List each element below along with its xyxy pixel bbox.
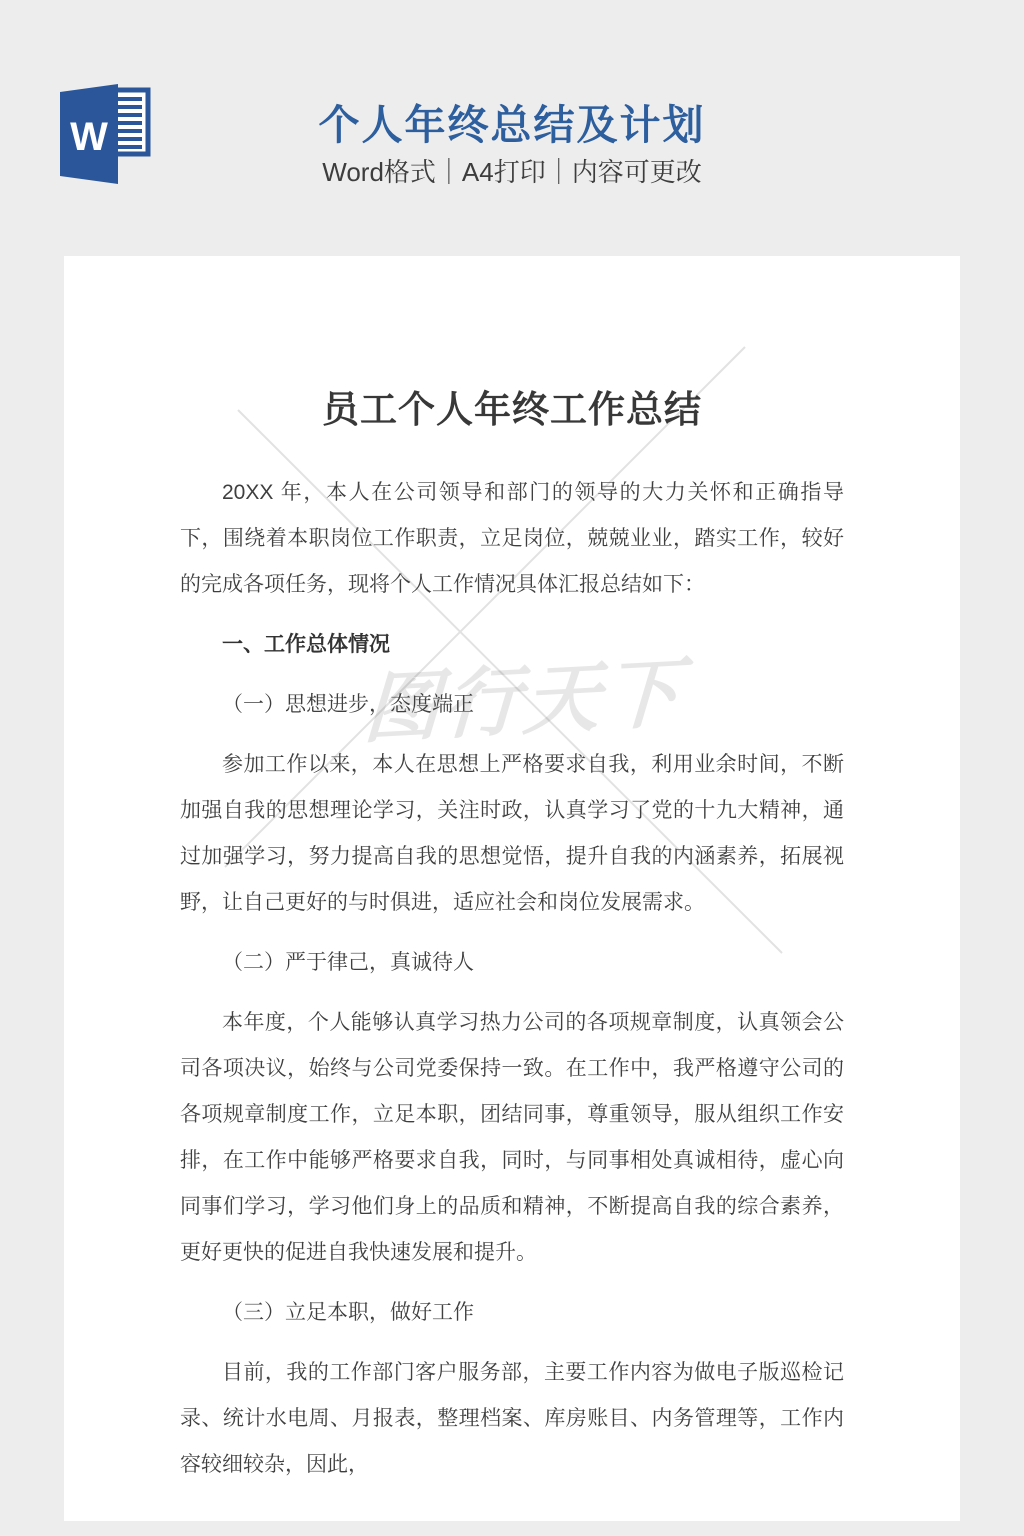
document-content: 员工个人年终工作总结 20XX 年，本人在公司领导和部门的领导的大力关怀和正确指… <box>64 256 960 1488</box>
template-title: 个人年终总结及计划 <box>0 92 1024 151</box>
template-subtitle: Word格式｜A4打印｜内容可更改 <box>0 152 1024 189</box>
section-heading-1: 一、工作总体情况 <box>180 622 844 668</box>
paragraph: 参加工作以来，本人在思想上严格要求自我，利用业余时间，不断加强自我的思想理论学习… <box>180 742 844 926</box>
document-page: 图行天下 员工个人年终工作总结 20XX 年，本人在公司领导和部门的领导的大力关… <box>64 256 960 1521</box>
sub-heading-3: （三）立足本职，做好工作 <box>180 1290 844 1336</box>
document-title: 员工个人年终工作总结 <box>180 388 844 432</box>
paragraph: 目前，我的工作部门客户服务部，主要工作内容为做电子版巡检记录、统计水电周、月报表… <box>180 1350 844 1488</box>
paragraph: 本年度，个人能够认真学习热力公司的各项规章制度，认真领会公司各项决议，始终与公司… <box>180 1000 844 1276</box>
sub-heading-2: （二）严于律己，真诚待人 <box>180 940 844 986</box>
template-header: W 个人年终总结及计划 Word格式｜A4打印｜内容可更改 <box>0 0 1024 256</box>
sub-heading-1: （一）思想进步，态度端正 <box>180 682 844 728</box>
paragraph: 20XX 年，本人在公司领导和部门的领导的大力关怀和正确指导下，围绕着本职岗位工… <box>180 470 844 608</box>
